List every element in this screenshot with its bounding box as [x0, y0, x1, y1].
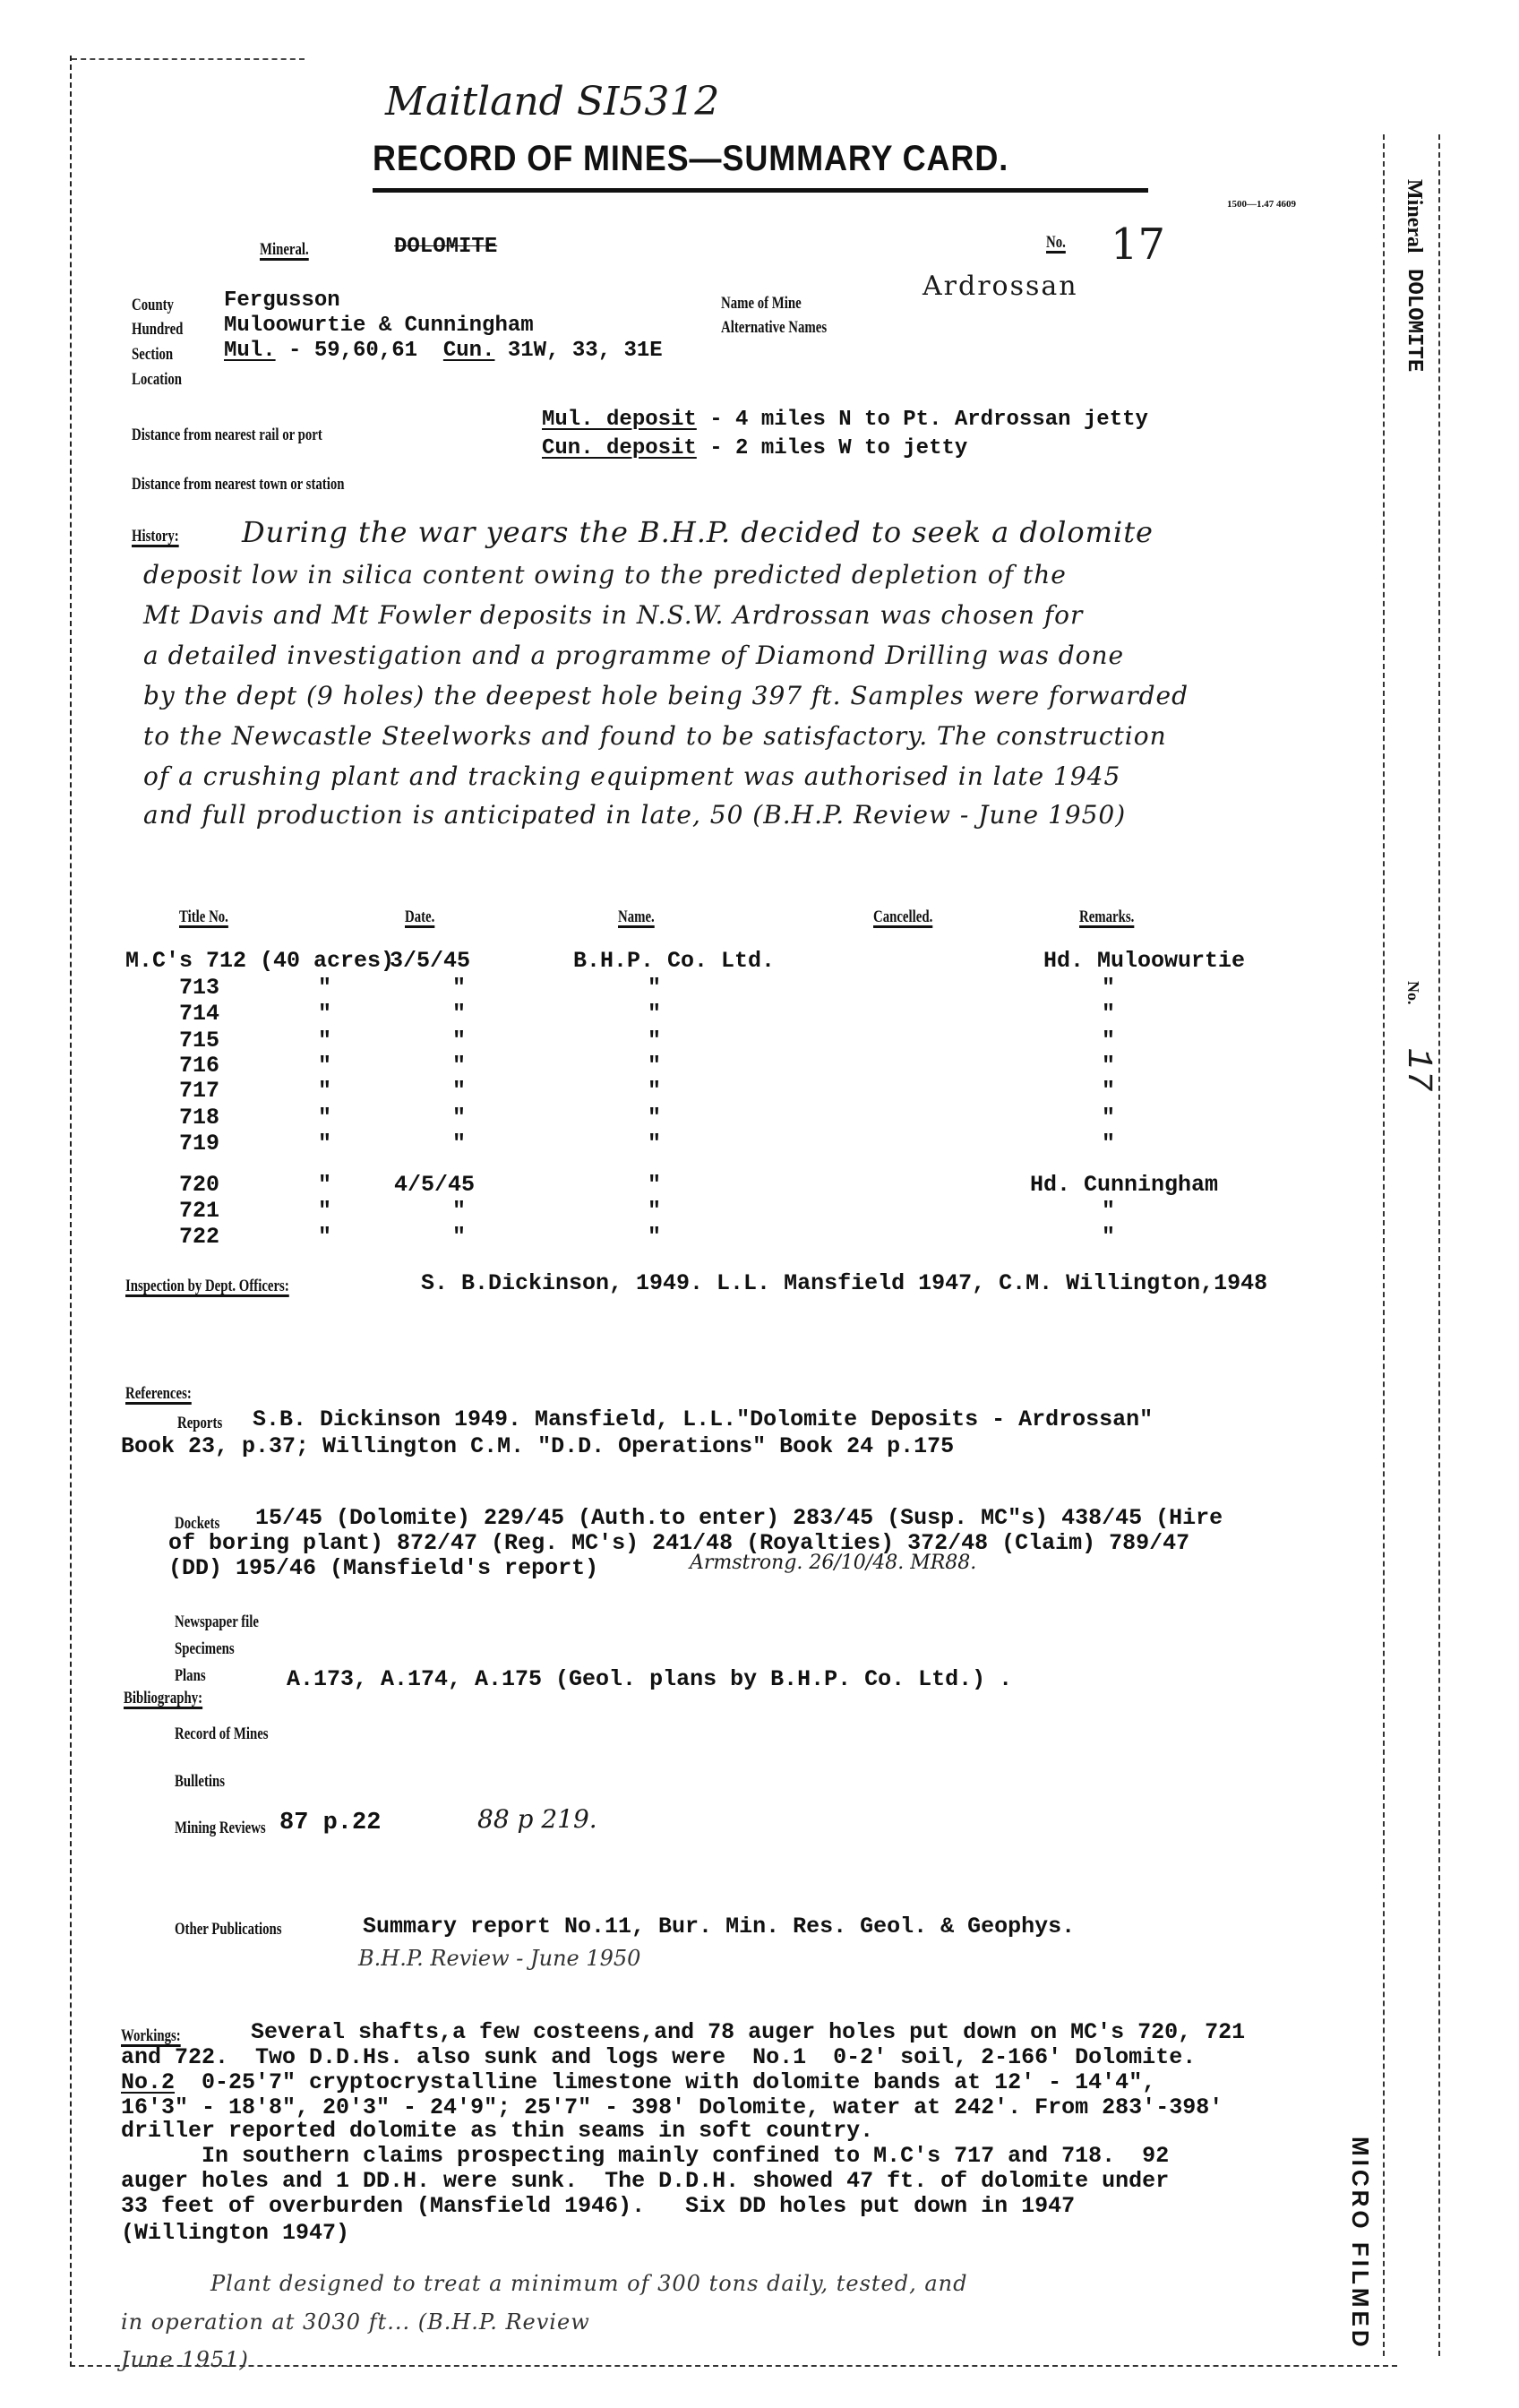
mul-deposit-key: Mul. deposit	[542, 408, 697, 432]
dockets-line1: 15/45 (Dolomite) 229/45 (Auth.to enter) …	[255, 1505, 1223, 1531]
cell-name: "	[648, 1001, 661, 1027]
cell-date: "	[452, 1224, 466, 1250]
history-line: and full production is anticipated in la…	[143, 800, 1126, 830]
section-cun: Cun.	[443, 339, 495, 363]
cell-title: 721	[179, 1198, 219, 1224]
county-label: County	[132, 296, 174, 315]
cell-name: "	[648, 1131, 661, 1157]
table-header: Date.	[405, 907, 434, 927]
history-line: by the dept (9 holes) the deepest hole b…	[143, 681, 1189, 710]
cell-ditto: "	[318, 1078, 331, 1104]
cell-remarks: "	[1102, 1028, 1115, 1053]
workings-label: Workings:	[121, 2026, 181, 2046]
cell-title: 719	[179, 1131, 219, 1157]
cell-date: "	[452, 1105, 466, 1131]
section-label: Section	[132, 345, 173, 365]
side-index-tab	[1383, 134, 1440, 2356]
cun-deposit-text: - 2 miles W to jetty	[697, 436, 967, 460]
cell-title: 715	[179, 1028, 219, 1053]
workings-handwritten-line: in operation at 3030 ft... (B.H.P. Revie…	[121, 2309, 590, 2335]
other-publications-handwritten: B.H.P. Review - June 1950	[358, 1946, 640, 1971]
cell-ditto: "	[318, 1105, 331, 1131]
cell-name: "	[648, 975, 661, 1001]
name-of-mine-label: Name of Mine	[721, 294, 802, 314]
history-label: History:	[132, 527, 179, 546]
cell-remarks: "	[1102, 1224, 1115, 1250]
reports-line1: S.B. Dickinson 1949. Mansfield, L.L."Dol…	[253, 1406, 1153, 1432]
record-of-mines-label: Record of Mines	[175, 1724, 269, 1744]
side-tab-mineral-value: DOLOMITE	[1402, 269, 1426, 372]
cell-date: "	[452, 1198, 466, 1224]
location-label: Location	[132, 370, 182, 390]
cell-ditto: "	[318, 975, 331, 1001]
cell-date: "	[452, 1078, 466, 1104]
cell-date: "	[452, 1028, 466, 1053]
workings-line: No.2 0-25'7" cryptocrystalline limestone…	[121, 2070, 1155, 2094]
hundred-label: Hundred	[132, 320, 183, 340]
distance-rail-label: Distance from nearest rail or port	[132, 426, 322, 445]
cell-title: M.C's 712 (40 acres)	[125, 948, 394, 974]
history-line: a detailed investigation and a programme…	[143, 641, 1124, 670]
cell-date: 3/5/45	[390, 948, 470, 974]
workings-line: In southern claims prospecting mainly co…	[121, 2144, 1169, 2168]
cell-remarks: "	[1102, 1198, 1115, 1224]
history-line: of a crushing plant and tracking equipme…	[143, 761, 1120, 791]
history-line: deposit low in silica content owing to t…	[143, 560, 1067, 589]
cell-name: "	[648, 1224, 661, 1250]
table-header: Name.	[618, 907, 655, 927]
cell-ditto: "	[318, 1028, 331, 1053]
title-underline	[373, 188, 1148, 193]
history-line: Mt Davis and Mt Fowler deposits in N.S.W…	[143, 600, 1083, 630]
distance-rail-line1: Mul. deposit - 4 miles N to Pt. Ardrossa…	[542, 408, 1148, 432]
cell-date: "	[452, 1131, 466, 1157]
cell-ditto: "	[318, 1172, 331, 1198]
cell-remarks: Hd. Muloowurtie	[1043, 948, 1245, 974]
section-value: Mul. - 59,60,61 Cun. 31W, 33, 31E	[224, 339, 663, 363]
cell-date: 4/5/45	[394, 1172, 475, 1198]
cell-name: "	[648, 1078, 661, 1104]
cell-remarks: "	[1102, 1053, 1115, 1079]
newspaper-label: Newspaper file	[175, 1612, 259, 1632]
dockets-handwritten-note: Armstrong. 26/10/48. MR88.	[690, 1552, 976, 1574]
mineral-value: DOLOMITE	[394, 235, 497, 259]
side-tab-no-label: No.	[1403, 981, 1422, 1005]
county-value: Fergusson	[224, 288, 340, 313]
workings-handwritten-line: June 1951)	[121, 2347, 249, 2372]
cell-title: 722	[179, 1224, 219, 1250]
other-publications-value: Summary report No.11, Bur. Min. Res. Geo…	[363, 1913, 1075, 1939]
cell-title: 717	[179, 1078, 219, 1104]
workings-line: Several shafts,a few costeens,and 78 aug…	[237, 2020, 1245, 2044]
reports-label: Reports	[177, 1414, 222, 1433]
cell-ditto: "	[318, 1224, 331, 1250]
table-header: Cancelled.	[873, 907, 932, 927]
side-tab-no-value: 17	[1397, 1048, 1437, 1091]
cell-title: 713	[179, 975, 219, 1001]
cell-remarks: Hd. Cunningham	[1030, 1172, 1218, 1198]
cell-title: 714	[179, 1001, 219, 1027]
handwritten-header: Maitland SI5312	[385, 79, 719, 125]
table-header: Remarks.	[1079, 907, 1134, 927]
workings-line: driller reported dolomite as thin seams …	[121, 2119, 873, 2143]
name-of-mine-value: Ardrossan	[923, 271, 1078, 302]
cell-name: "	[648, 1028, 661, 1053]
workings-line: 16'3" - 18'8", 20'3" - 24'9"; 25'7" - 39…	[121, 2095, 1223, 2120]
cell-ditto: "	[318, 1198, 331, 1224]
cell-name: "	[648, 1198, 661, 1224]
mining-reviews-value: 87 p.22	[279, 1810, 381, 1836]
references-label: References:	[125, 1384, 192, 1404]
workings-line: and 722. Two D.D.Hs. also sunk and logs …	[121, 2045, 1196, 2069]
section-mul: Mul.	[224, 339, 276, 363]
workings-line: 33 feet of overburden (Mansfield 1946). …	[121, 2194, 1075, 2218]
cell-title: 718	[179, 1105, 219, 1131]
workings-line: auger holes and 1 DD.H. were sunk. The D…	[121, 2169, 1169, 2193]
cell-remarks: "	[1102, 1078, 1115, 1104]
cell-remarks: "	[1102, 1001, 1115, 1027]
other-publications-label: Other Publications	[175, 1920, 282, 1939]
cell-ditto: "	[318, 1001, 331, 1027]
section-mul-rest: - 59,60,61	[276, 339, 417, 363]
workings-line: (Willington 1947)	[121, 2221, 349, 2245]
card-number: 17	[1111, 219, 1165, 270]
plans-value: A.173, A.174, A.175 (Geol. plans by B.H.…	[287, 1666, 1012, 1692]
mining-reviews-label: Mining Reviews	[175, 1819, 266, 1838]
side-tab-mineral-label: Mineral	[1402, 179, 1426, 254]
cell-name: "	[648, 1053, 661, 1079]
bibliography-label: Bibliography:	[124, 1689, 202, 1708]
dockets-line2: of boring plant) 872/47 (Reg. MC's) 241/…	[168, 1530, 1189, 1556]
cell-remarks: "	[1102, 1105, 1115, 1131]
page-title: RECORD OF MINES—SUMMARY CARD.	[373, 139, 1008, 179]
cell-date: "	[452, 1001, 466, 1027]
cell-ditto: "	[318, 1053, 331, 1079]
distance-rail-line2: Cun. deposit - 2 miles W to jetty	[542, 436, 967, 460]
mineral-label: Mineral.	[260, 240, 309, 260]
cell-date: "	[452, 975, 466, 1001]
mul-deposit-text: - 4 miles N to Pt. Ardrossan jetty	[697, 408, 1148, 432]
microfilmed-stamp: MICRO FILMED	[1346, 2137, 1374, 2351]
specimens-label: Specimens	[175, 1639, 235, 1659]
cun-deposit-key: Cun. deposit	[542, 436, 697, 460]
alt-names-label: Alternative Names	[721, 318, 827, 338]
no-label: No.	[1046, 233, 1066, 253]
form-code: 1500—1.47 4609	[1227, 199, 1296, 210]
inspection-label: Inspection by Dept. Officers:	[125, 1277, 289, 1296]
cell-title: 720	[179, 1172, 219, 1198]
workings-handwritten-line: Plant designed to treat a minimum of 300…	[210, 2271, 967, 2296]
mining-reviews-handwritten: 88 p 219.	[477, 1804, 597, 1834]
cell-remarks: "	[1102, 1131, 1115, 1157]
section-cun-rest: 31W, 33, 31E	[494, 339, 662, 363]
distance-town-label: Distance from nearest town or station	[132, 475, 345, 494]
bulletins-label: Bulletins	[175, 1772, 225, 1792]
dockets-line3: (DD) 195/46 (Mansfield's report)	[168, 1555, 598, 1581]
reports-line2: Book 23, p.37; Willington C.M. "D.D. Ope…	[121, 1433, 954, 1459]
cell-date: "	[452, 1053, 466, 1079]
cell-name: "	[648, 1105, 661, 1131]
cell-name: B.H.P. Co. Ltd.	[573, 948, 775, 974]
cell-remarks: "	[1102, 975, 1115, 1001]
hundred-value: Muloowurtie & Cunningham	[224, 314, 534, 338]
cell-name: "	[648, 1172, 661, 1198]
cell-title: 716	[179, 1053, 219, 1079]
cell-ditto: "	[318, 1131, 331, 1157]
plans-label: Plans	[175, 1666, 206, 1686]
inspection-value: S. B.Dickinson, 1949. L.L. Mansfield 194…	[421, 1270, 1267, 1296]
table-header: Title No.	[179, 907, 228, 927]
history-line: to the Newcastle Steelworks and found to…	[143, 721, 1167, 751]
history-line: During the war years the B.H.P. decided …	[242, 515, 1154, 549]
